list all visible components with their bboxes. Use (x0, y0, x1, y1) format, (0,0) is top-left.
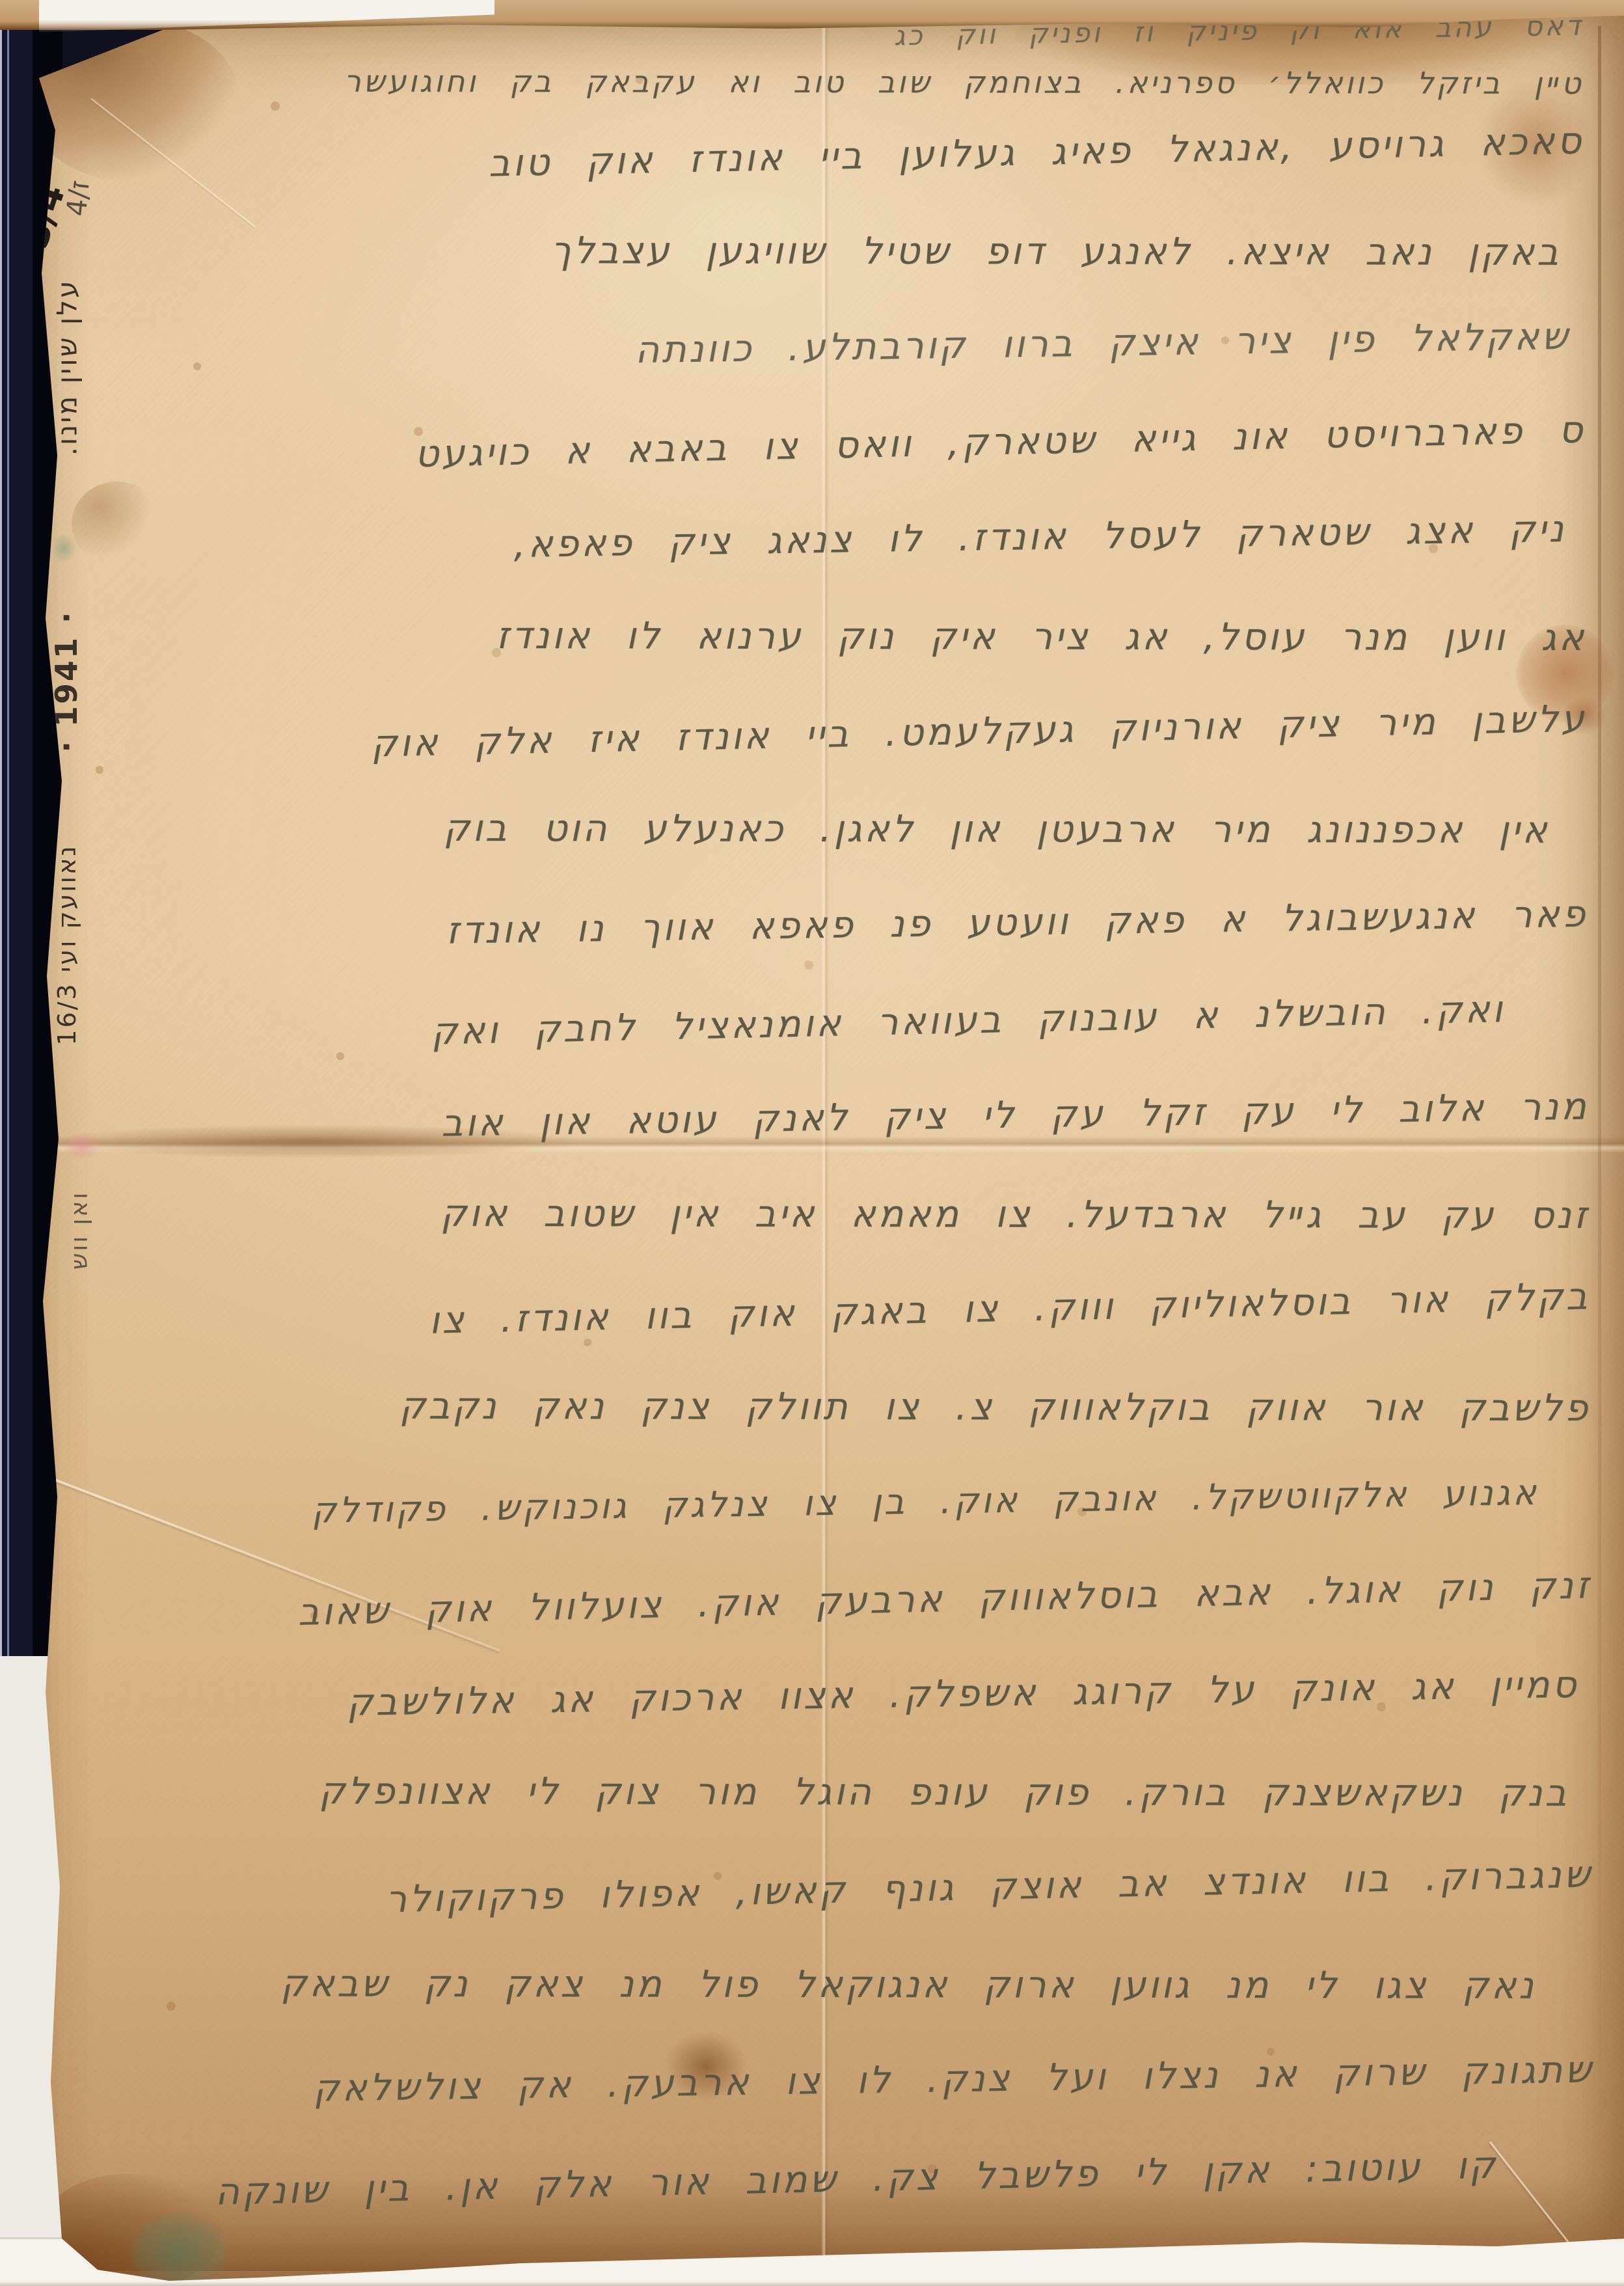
handwriting-line: פלשבק אור אווק בוקלאוווק צ. צו תוולק צנק… (64, 1357, 1590, 1456)
handwriting-line: נאק צגו לי מנ גווען ארוק אנגוקאל פול מנ … (67, 1935, 1593, 2034)
margin-fraction-mark-grey: ז/4 (60, 178, 96, 217)
margin-vertical-note: נאוועק ועי 16/3 (53, 837, 81, 1052)
scanned-letter-page: דאס עהב אוא וק פיניק וז ופניק ווק כג טײן… (0, 0, 1624, 2286)
handwriting-body: דאס עהב אוא וק פיניק וז ופניק ווק כג טײן… (0, 12, 1624, 2229)
letter-paper: דאס עהב אוא וק פיניק וז ופניק ווק כג טײן… (0, 0, 1624, 2286)
handwriting-line: בנק נשקאשצנק בורק. פוק עונפ הוגל מור צוק… (66, 1743, 1592, 1842)
handwriting-line: באקן נאב איצא. לאנגע דופ שטיל שוויגען עצ… (58, 202, 1584, 301)
handwriting-line: אג ווען מנר עוסל, אג ציר איק נוק ערנוא ל… (60, 587, 1586, 686)
margin-vertical-note: ואן ווש (66, 1165, 93, 1296)
handwriting-line: אין אכפננונג מיר ארבעטן און לאגן. כאנעלע… (61, 780, 1588, 878)
handwriting-line: זנס עק עב גײל ארבדעל. צו מאמא איב אין שט… (63, 1165, 1590, 1264)
